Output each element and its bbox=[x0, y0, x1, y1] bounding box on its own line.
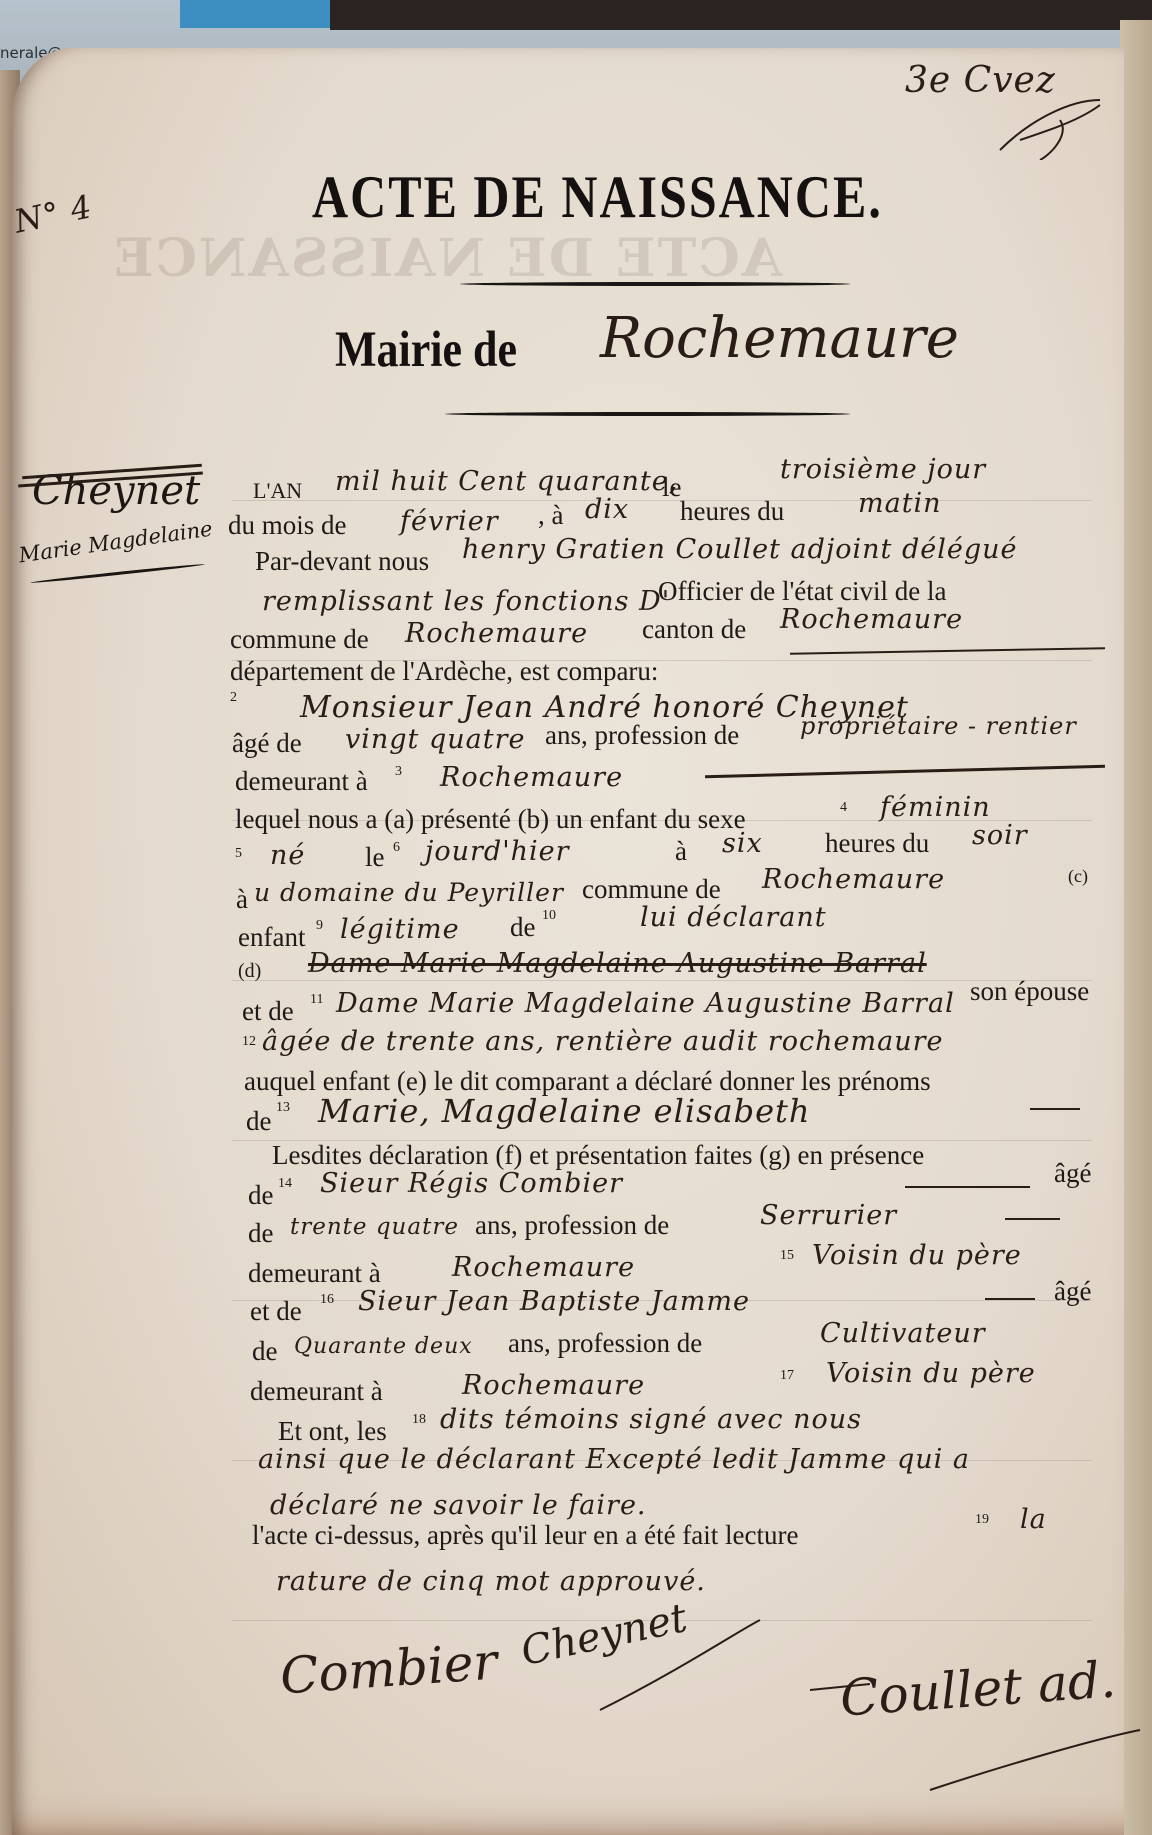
field-rature-note: rature de cinq mot approuvé. bbox=[276, 1566, 706, 1597]
field-birth-hour: six bbox=[722, 828, 763, 859]
printed-age-de: âgé de bbox=[232, 728, 302, 759]
field-witness1-residence: Rochemaure bbox=[452, 1252, 635, 1283]
printed-a: à bbox=[675, 836, 687, 867]
field-signature-exception-cont: déclaré ne savoir le faire. bbox=[270, 1490, 647, 1521]
printed-age: âgé bbox=[1054, 1158, 1091, 1189]
field-declarant-age: vingt quatre bbox=[345, 724, 526, 755]
field-birth-time: soir bbox=[972, 820, 1028, 851]
register-page-edges bbox=[1120, 20, 1152, 1835]
printed-et-de: et de bbox=[242, 996, 294, 1027]
flourish-icon bbox=[990, 80, 1110, 160]
marker: 19 bbox=[975, 1512, 989, 1528]
printed-enfant: enfant bbox=[238, 922, 305, 953]
background-shadow bbox=[330, 0, 1152, 30]
printed-a: à bbox=[236, 884, 248, 915]
field-officer-role: remplissant les fonctions D' bbox=[262, 586, 670, 617]
field-month: février bbox=[400, 506, 499, 537]
field-hour: dix bbox=[585, 494, 629, 525]
marker: 11 bbox=[310, 992, 323, 1008]
field-day: troisième jour bbox=[780, 454, 986, 485]
printed-epouse: son épouse bbox=[970, 976, 1089, 1007]
marker: 2 bbox=[230, 690, 237, 706]
field-year: mil huit Cent quarante, bbox=[335, 466, 678, 497]
printed-departement: département de l'Ardèche, est comparu: bbox=[230, 656, 658, 687]
field-witness1-relation: Voisin du père bbox=[812, 1240, 1022, 1271]
field-witness2-age: Quarante deux bbox=[294, 1334, 473, 1359]
struck-mother-name: Dame Marie Magdelaine Augustine Barral bbox=[308, 948, 927, 979]
field-declarant-profession: propriétaire - rentier bbox=[800, 712, 1077, 740]
signature-flourish-icon bbox=[560, 1600, 780, 1720]
field-time-of-day: matin bbox=[858, 488, 942, 519]
note-marker: (d) bbox=[238, 960, 261, 983]
marker: 16 bbox=[320, 1292, 334, 1308]
marker: 10 bbox=[542, 908, 556, 924]
printed-demeurant: demeurant à bbox=[235, 766, 368, 797]
printed-officier: Officier de l'état civil de la bbox=[658, 576, 946, 607]
marker: 15 bbox=[780, 1248, 794, 1264]
printed-commune: commune de bbox=[582, 874, 721, 905]
marker: 6 bbox=[393, 840, 400, 856]
field-sex: féminin bbox=[880, 792, 991, 823]
field-witness2-relation: Voisin du père bbox=[826, 1358, 1036, 1389]
printed-profession: ans, profession de bbox=[545, 720, 739, 751]
marker: 14 bbox=[278, 1176, 292, 1192]
printed-de: de bbox=[252, 1336, 277, 1367]
mairie-label: Mairie de bbox=[335, 320, 517, 379]
printed-canton: canton de bbox=[642, 614, 746, 645]
printed-le: le bbox=[365, 842, 385, 873]
printed-de: de bbox=[248, 1218, 273, 1249]
field-witness1-name: Sieur Régis Combier bbox=[320, 1168, 623, 1199]
printed-profession: ans, profession de bbox=[508, 1328, 702, 1359]
printed-a: , à bbox=[538, 500, 563, 531]
field-father: lui déclarant bbox=[640, 902, 827, 933]
field-officer: henry Gratien Coullet adjoint délégué bbox=[462, 534, 1017, 565]
printed-lequel: lequel nous a (a) présenté (b) un enfant… bbox=[235, 804, 746, 835]
printed-par-devant: Par-devant nous bbox=[255, 546, 429, 577]
printed-de: de bbox=[510, 912, 535, 943]
marker: 12 bbox=[242, 1034, 256, 1050]
printed-le: le bbox=[662, 472, 682, 503]
field-birth-day: jourd'hier bbox=[425, 836, 570, 867]
printed-profession: ans, profession de bbox=[475, 1210, 669, 1241]
field-witness1-age: trente quatre bbox=[290, 1214, 459, 1240]
printed-de: de bbox=[248, 1180, 273, 1211]
field-commune: Rochemaure bbox=[405, 618, 588, 649]
printed-de: de bbox=[246, 1106, 271, 1137]
printed-commune: commune de bbox=[230, 624, 369, 655]
field-signature-exception: ainsi que le déclarant Excepté ledit Jam… bbox=[258, 1444, 970, 1475]
marker: 3 bbox=[395, 764, 402, 780]
field-witness2-profession: Cultivateur bbox=[820, 1318, 986, 1349]
printed-heures: heures du bbox=[825, 828, 929, 859]
field-legitimacy: légitime bbox=[340, 914, 460, 945]
field-lecture-note: la bbox=[1020, 1504, 1047, 1535]
field-mother-details: âgée de trente ans, rentière audit roche… bbox=[262, 1026, 943, 1057]
mairie-name: Rochemaure bbox=[600, 306, 959, 371]
bleed-through-text: ACTE DE NAISSANCE bbox=[112, 228, 782, 289]
marker: 17 bbox=[780, 1368, 794, 1384]
printed-age: âgé bbox=[1054, 1276, 1091, 1307]
printed-demeurant: demeurant à bbox=[250, 1376, 383, 1407]
mairie-ornament bbox=[445, 412, 850, 416]
printed-lesdites: Lesdites déclaration (f) et présentation… bbox=[272, 1140, 924, 1171]
field-witness1-profession: Serrurier bbox=[760, 1200, 897, 1231]
field-declarant-residence: Rochemaure bbox=[440, 762, 623, 793]
printed-et-de: et de bbox=[250, 1296, 302, 1327]
officer-flourish-icon bbox=[810, 1660, 1150, 1800]
marker: 4 bbox=[840, 800, 847, 816]
printed-lecture: l'acte ci-dessus, après qu'il leur en a … bbox=[252, 1520, 798, 1551]
document-title: ACTE DE NAISSANCE. bbox=[312, 162, 883, 232]
field-child-names: Marie, Magdelaine elisabeth bbox=[318, 1092, 810, 1130]
marker: 18 bbox=[412, 1412, 426, 1428]
printed-demeurant: demeurant à bbox=[248, 1258, 381, 1289]
marker: 13 bbox=[276, 1100, 290, 1116]
field-mother: Dame Marie Magdelaine Augustine Barral bbox=[336, 988, 955, 1019]
printed-du-mois: du mois de bbox=[228, 510, 347, 541]
marker: 5 bbox=[235, 846, 242, 862]
title-ornament bbox=[460, 282, 850, 286]
field-canton: Rochemaure bbox=[780, 604, 963, 635]
printed-an: L'AN bbox=[253, 478, 302, 504]
field-witness2-residence: Rochemaure bbox=[462, 1370, 645, 1401]
marker: 9 bbox=[316, 918, 323, 934]
field-witness2-name: Sieur Jean Baptiste Jamme bbox=[358, 1286, 750, 1317]
note-marker: (c) bbox=[1068, 866, 1088, 887]
field-birth-commune: Rochemaure bbox=[762, 864, 945, 895]
printed-et-ont: Et ont, les bbox=[278, 1416, 387, 1447]
field-birthplace: u domaine du Peyriller bbox=[254, 878, 564, 907]
background-object bbox=[180, 0, 340, 28]
field-signature-clause: dits témoins signé avec nous bbox=[440, 1404, 862, 1435]
field-ne: né bbox=[270, 840, 305, 871]
printed-heures: heures du bbox=[680, 496, 784, 527]
